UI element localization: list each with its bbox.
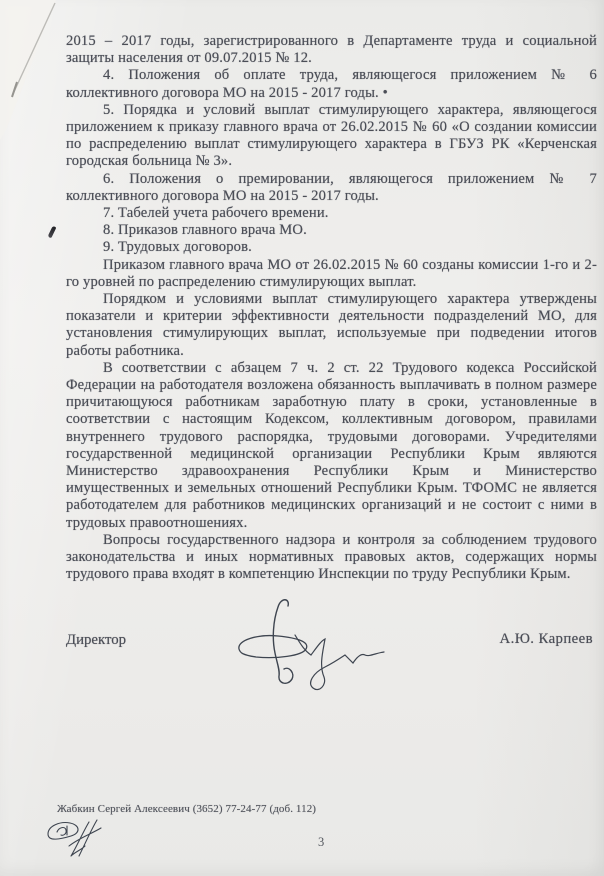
director-signature [228,590,398,702]
signatory-title: Директор [66,632,126,649]
document-body: 2015 – 2017 годы, зарегистрированного в … [66,33,597,584]
signatory-name: А.Ю. Карпеев [500,631,593,648]
pen-mark [48,226,57,239]
executor-initials-signature [44,815,116,859]
paragraph: 5. Порядка и условий выплат стимулирующе… [66,102,597,171]
paragraph: 7. Табелей учета рабочего времени. [66,205,597,222]
paragraph: 2015 – 2017 годы, зарегистрированного в … [66,33,597,67]
paragraph: 9. Трудовых договоров. [66,239,597,256]
paragraph: Порядком и условиями выплат стимулирующе… [66,291,597,360]
executor-contact: Жабкин Сергей Алексеевич (3652) 77-24-77… [57,803,316,815]
scanned-document-page: 2015 – 2017 годы, зарегистрированного в … [0,0,604,876]
paragraph: В соответствии с абзацем 7 ч. 2 ст. 22 Т… [66,360,597,532]
paragraph: Вопросы государственного надзора и контр… [66,532,597,584]
paragraph: 6. Положения о премировании, являющегося… [66,171,597,205]
paragraph: 8. Приказов главного врача МО. [66,222,597,239]
paragraph: Приказом главного врача МО от 26.02.2015… [66,257,597,291]
page-number: 3 [318,835,324,850]
paragraph: 4. Положения об оплате труда, являющегос… [66,67,597,101]
